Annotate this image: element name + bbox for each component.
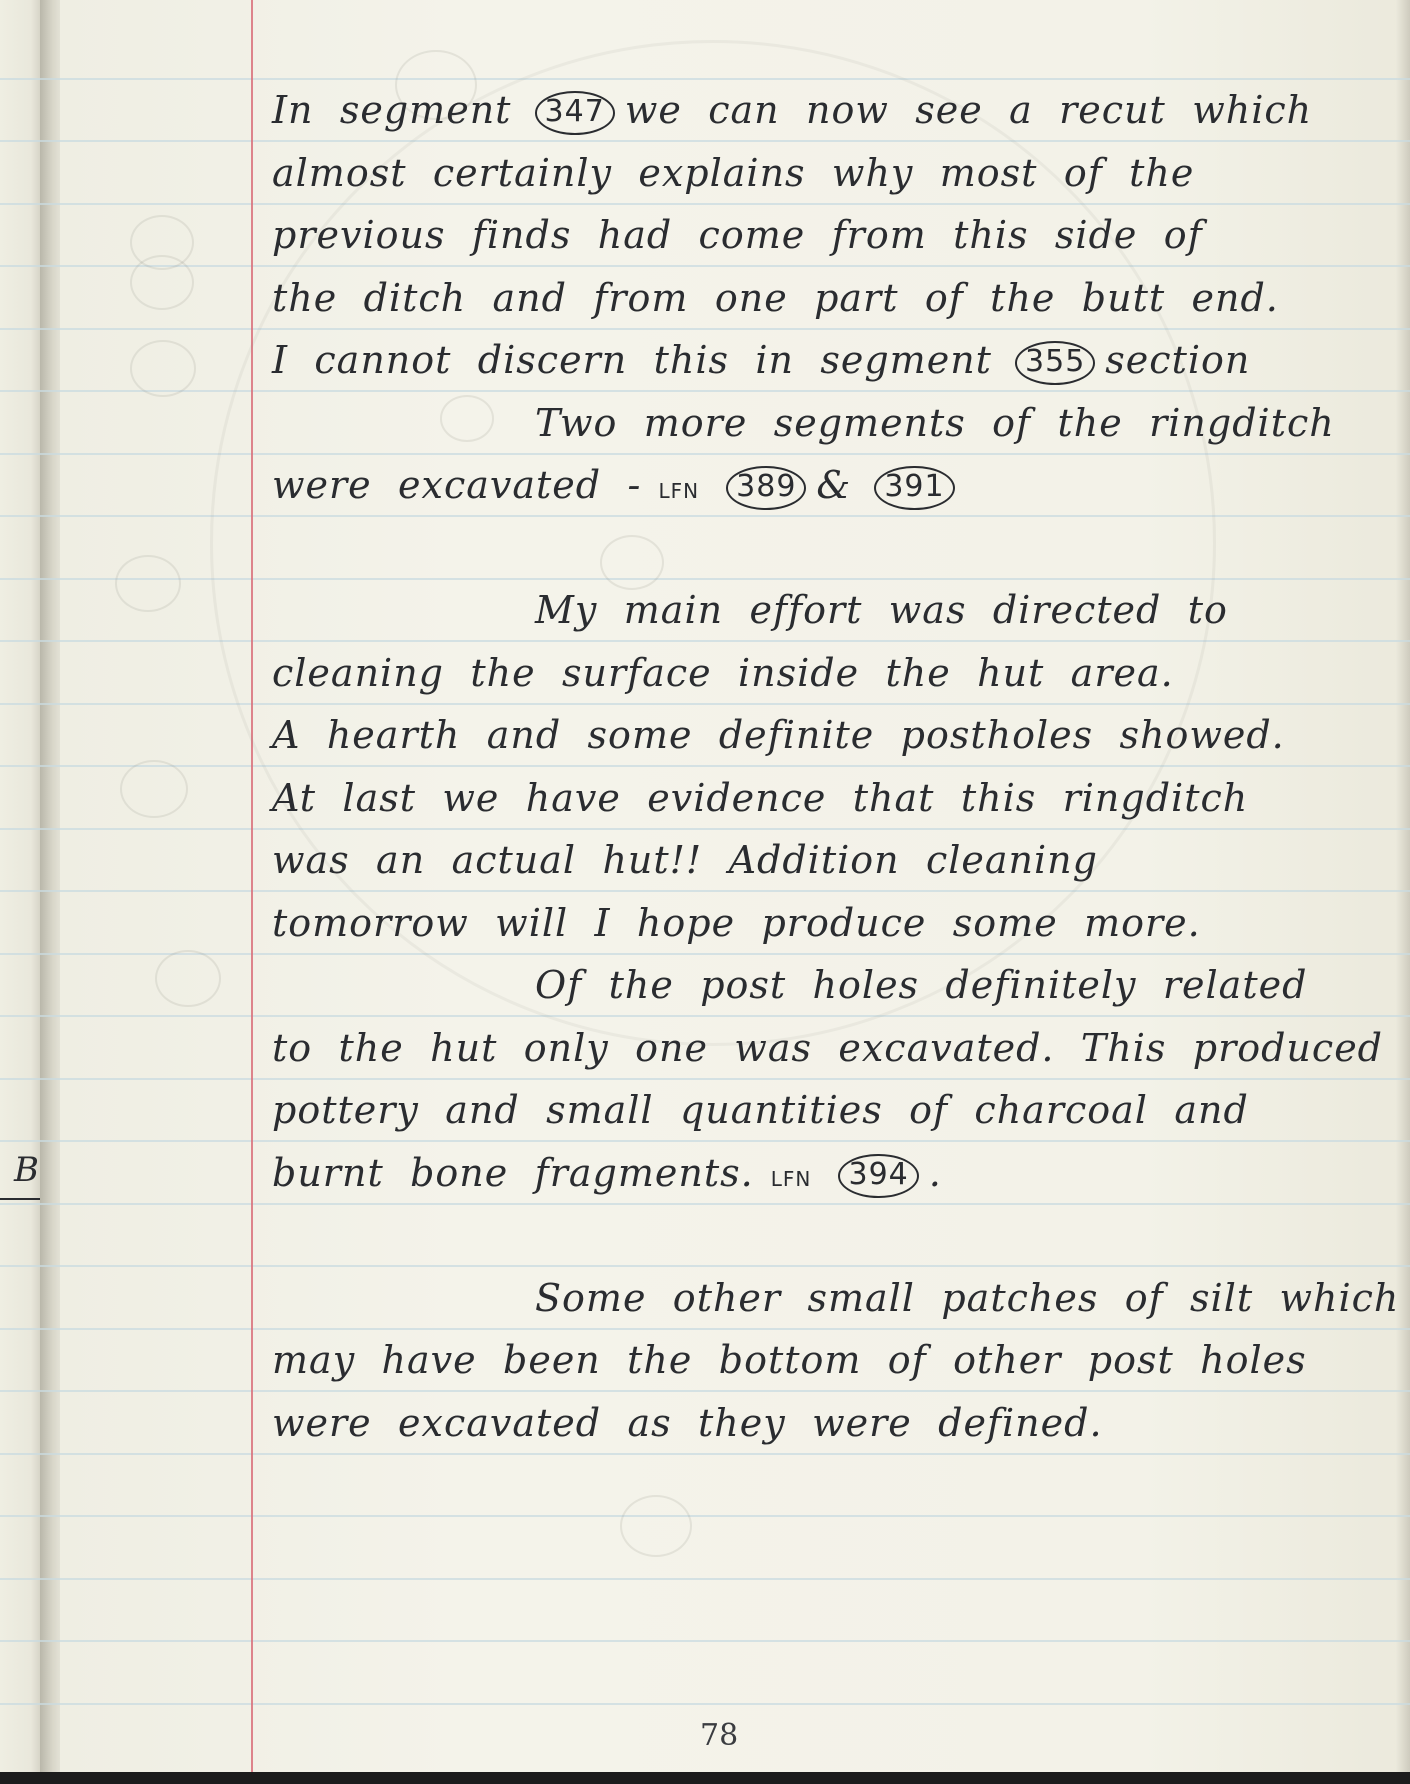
handwritten-line: burnt bone fragments. LFN 394. <box>272 1154 942 1198</box>
line-text: we can now see a recut which <box>625 88 1312 132</box>
line-text: section <box>1105 338 1250 382</box>
line-text: tomorrow will I hope produce some more. <box>272 901 1201 945</box>
line-text: I cannot discern this in segment <box>272 338 992 382</box>
handwritten-line: In segment 347we can now see a recut whi… <box>272 91 1312 135</box>
line-text: Some other small patches of silt which <box>535 1276 1399 1320</box>
line-text: Of the post holes definitely related <box>535 963 1307 1007</box>
circled-find-number: 389 <box>726 466 806 510</box>
circled-find-number: 355 <box>1015 341 1095 385</box>
handwritten-line: Of the post holes definitely related <box>535 966 1307 1004</box>
line-text: & <box>816 463 851 507</box>
handwritten-line: to the hut only one was excavated. This … <box>272 1029 1383 1067</box>
line-text: At last we have evidence that this ringd… <box>272 776 1248 820</box>
line-text: A hearth and some definite postholes sho… <box>272 713 1285 757</box>
line-text: burnt bone fragments. <box>272 1151 754 1195</box>
scan-bottom-edge <box>0 1772 1410 1784</box>
line-text: was an actual hut!! Addition cleaning <box>272 838 1098 882</box>
handwritten-text: In segment 347we can now see a recut whi… <box>0 0 1410 1772</box>
page-number: 78 <box>700 1718 738 1753</box>
line-text: . <box>929 1151 942 1195</box>
handwritten-line: were excavated - LFN 389& 391 <box>272 466 965 510</box>
line-text: Two more segments of the ringditch <box>535 401 1335 445</box>
handwritten-line: was an actual hut!! Addition cleaning <box>272 841 1098 879</box>
handwritten-line: the ditch and from one part of the butt … <box>272 279 1279 317</box>
handwritten-line: At last we have evidence that this ringd… <box>272 779 1248 817</box>
handwritten-line: Some other small patches of silt which <box>535 1279 1399 1317</box>
circled-find-number: 394 <box>838 1154 918 1198</box>
line-text: almost certainly explains why most of th… <box>272 151 1194 195</box>
line-text: to the hut only one was excavated. This … <box>272 1026 1383 1070</box>
handwritten-line: Two more segments of the ringditch <box>535 404 1335 442</box>
handwritten-line: cleaning the surface inside the hut area… <box>272 654 1174 692</box>
handwritten-line: I cannot discern this in segment 355sect… <box>272 341 1250 385</box>
handwritten-line: A hearth and some definite postholes sho… <box>272 716 1285 754</box>
handwritten-line: were excavated as they were defined. <box>272 1404 1103 1442</box>
handwritten-line: may have been the bottom of other post h… <box>272 1341 1307 1379</box>
line-text: were excavated as they were defined. <box>272 1401 1103 1445</box>
find-label: LFN <box>771 1167 812 1191</box>
handwritten-line: tomorrow will I hope produce some more. <box>272 904 1201 942</box>
line-text: cleaning the surface inside the hut area… <box>272 651 1174 695</box>
line-text: previous finds had come from this side o… <box>272 213 1203 257</box>
handwritten-line: almost certainly explains why most of th… <box>272 154 1194 192</box>
find-label: LFN <box>658 479 699 503</box>
line-text: My main effort was directed to <box>535 588 1228 632</box>
handwritten-line: My main effort was directed to <box>535 591 1228 629</box>
line-text: may have been the bottom of other post h… <box>272 1338 1307 1382</box>
line-text: pottery and small quantities of charcoal… <box>272 1088 1249 1132</box>
line-text: In segment <box>272 88 511 132</box>
circled-find-number: 391 <box>874 466 954 510</box>
line-text: were excavated - <box>272 463 641 507</box>
line-text: the ditch and from one part of the butt … <box>272 276 1279 320</box>
handwritten-line: previous finds had come from this side o… <box>272 216 1203 254</box>
handwritten-line: pottery and small quantities of charcoal… <box>272 1091 1249 1129</box>
circled-find-number: 347 <box>535 91 615 135</box>
